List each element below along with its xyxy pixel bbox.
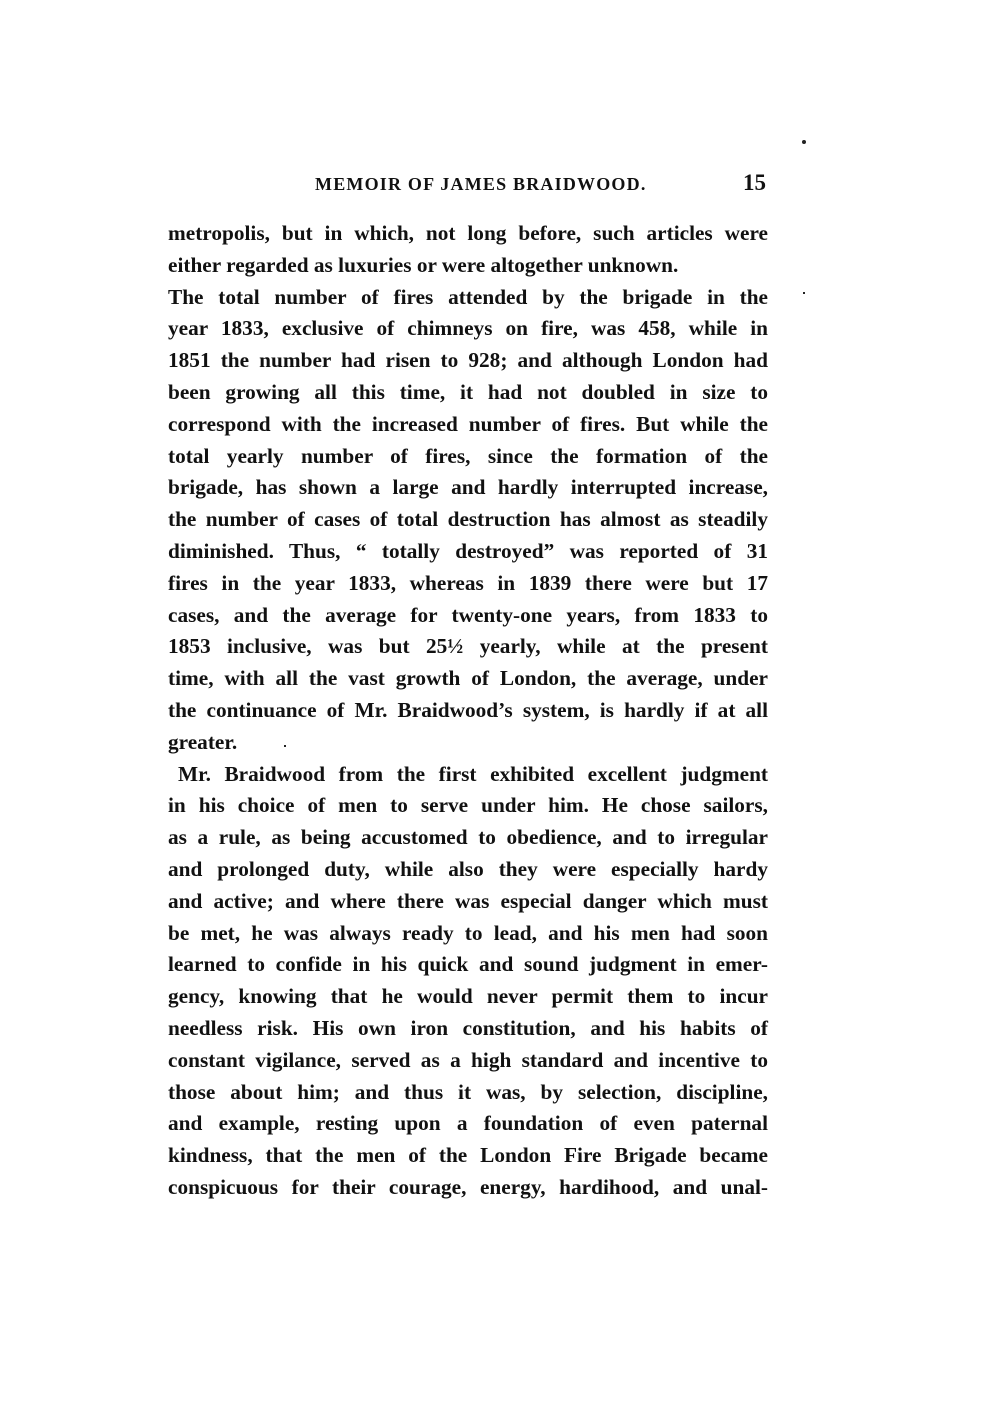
text-line: the continuance of Mr. Braidwood’s syste… xyxy=(168,695,768,727)
text-line: and prolonged duty, while also they were… xyxy=(168,854,768,886)
book-page: MEMOIR OF JAMES BRAIDWOOD. 15 metropolis… xyxy=(0,0,1005,1408)
text-line: greater. xyxy=(168,727,768,759)
paragraph-1: metropolis, but in which, not long befor… xyxy=(168,218,768,759)
text-line: gency, knowing that he would never permi… xyxy=(168,981,768,1013)
running-head-title: MEMOIR OF JAMES BRAIDWOOD. xyxy=(315,174,647,195)
text-line: those about him; and thus it was, by sel… xyxy=(168,1077,768,1109)
text-line: in his choice of men to serve under him.… xyxy=(168,790,768,822)
running-head: MEMOIR OF JAMES BRAIDWOOD. 15 xyxy=(168,172,798,202)
text-line: correspond with the increased number of … xyxy=(168,409,768,441)
text-line: constant vigilance, served as a high sta… xyxy=(168,1045,768,1077)
page-number: 15 xyxy=(743,170,766,196)
body-text: metropolis, but in which, not long befor… xyxy=(168,218,768,1204)
scan-speck xyxy=(802,140,806,144)
text-line: 1851 the number had risen to 928; and al… xyxy=(168,345,768,377)
text-line: kindness, that the men of the London Fir… xyxy=(168,1140,768,1172)
text-line: and example, resting upon a foundation o… xyxy=(168,1108,768,1140)
text-line: either regarded as luxuries or were alto… xyxy=(168,250,768,282)
text-line: learned to confide in his quick and soun… xyxy=(168,949,768,981)
text-line: diminished. Thus, “ totally destroyed” w… xyxy=(168,536,768,568)
text-line: cases, and the average for twenty-one ye… xyxy=(168,600,768,632)
text-line: as a rule, as being accustomed to obedie… xyxy=(168,822,768,854)
paragraph-2: Mr. Braidwood from the first exhibited e… xyxy=(168,759,768,1204)
text-line: total yearly number of fires, since the … xyxy=(168,441,768,473)
text-line: metropolis, but in which, not long befor… xyxy=(168,218,768,250)
text-line: conspicuous for their courage, energy, h… xyxy=(168,1172,768,1204)
text-line: The total number of fires attended by th… xyxy=(168,282,768,314)
text-line: brigade, has shown a large and hardly in… xyxy=(168,472,768,504)
text-line: time, with all the vast growth of London… xyxy=(168,663,768,695)
text-line: needless risk. His own iron constitution… xyxy=(168,1013,768,1045)
text-line: 1853 inclusive, was but 25½ yearly, whil… xyxy=(168,631,768,663)
text-line: fires in the year 1833, whereas in 1839 … xyxy=(168,568,768,600)
text-line: and active; and where there was especial… xyxy=(168,886,768,918)
text-line: the number of cases of total destruction… xyxy=(168,504,768,536)
scan-speck xyxy=(803,292,805,294)
text-line: been growing all this time, it had not d… xyxy=(168,377,768,409)
text-line: year 1833, exclusive of chimneys on fire… xyxy=(168,313,768,345)
text-line: be met, he was always ready to lead, and… xyxy=(168,918,768,950)
text-line: Mr. Braidwood from the first exhibited e… xyxy=(168,759,768,791)
